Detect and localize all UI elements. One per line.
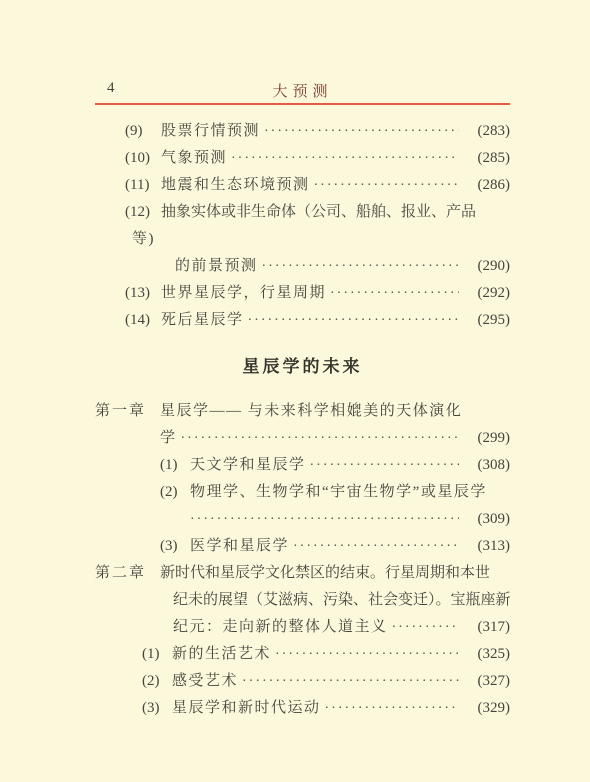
toc-entry-number: 第二章	[95, 560, 160, 587]
dot-leader: ········································…	[242, 668, 459, 695]
toc-entry-number: (2)	[160, 479, 190, 506]
toc-page-number: (313)	[464, 533, 510, 560]
book-title: 大预测	[95, 78, 510, 101]
dot-leader: ········································…	[310, 452, 459, 479]
running-header: 4 大预测	[95, 78, 510, 100]
toc-entry-title: 世界星辰学，行星周期	[161, 280, 326, 307]
toc-entry-title: 天文学和星辰学	[190, 452, 306, 479]
toc-entry-number: (14)	[125, 307, 161, 334]
book-page: 4 大预测 (9)股票行情预测·························…	[0, 0, 590, 782]
dot-leader: ········································…	[325, 695, 459, 722]
toc-page-number: (317)	[464, 614, 510, 641]
toc-entry-title: 气象预测	[161, 145, 227, 172]
toc-page-number: (329)	[464, 695, 510, 722]
dot-leader: ········································…	[293, 533, 459, 560]
toc-row: 等)	[95, 226, 510, 253]
toc-entry-number: (3)	[142, 695, 172, 722]
toc-row: (9)股票行情预测·······························…	[95, 118, 510, 145]
page-number: 4	[107, 80, 116, 97]
toc-page-number: (283)	[464, 118, 510, 145]
toc-row: (11)地震和生态环境预测···························…	[95, 172, 510, 199]
section-title: 星辰学的未来	[95, 352, 510, 382]
toc-entry-title: 抽象实体或非生命体（公司、船舶、报业、产品	[161, 199, 476, 226]
toc-page-number: (290)	[464, 253, 510, 280]
toc-entry-title: 地震和生态环境预测	[161, 172, 310, 199]
toc-page-number: (299)	[464, 425, 510, 452]
toc-row: (2)物理学、生物学和“宇宙生物学”或星辰学	[95, 479, 510, 506]
toc-entry-number: (10)	[125, 145, 161, 172]
toc-entry-title: 医学和星辰学	[190, 533, 289, 560]
toc-entry-number: 第一章	[95, 398, 160, 425]
toc-entry-title: 星辰学—— 与未来科学相媲美的天体演化	[160, 398, 462, 425]
toc-row: (12)抽象实体或非生命体（公司、船舶、报业、产品	[95, 199, 510, 226]
toc-row: (3)星辰学和新时代运动····························…	[95, 695, 510, 722]
toc-entry-number: (1)	[160, 452, 190, 479]
dot-leader: ········································…	[330, 280, 459, 307]
toc-entry-number: (2)	[142, 668, 172, 695]
toc-entry-title: 死后星辰学	[161, 307, 244, 334]
toc-page-number: (295)	[464, 307, 510, 334]
toc-entry-title: 感受艺术	[172, 668, 238, 695]
toc-page-number: (286)	[464, 172, 510, 199]
toc-entry-title: 学	[160, 425, 177, 452]
toc-row: 学·······································…	[95, 425, 510, 452]
toc-page-number: (325)	[464, 641, 510, 668]
toc-row: 第一章星辰学—— 与未来科学相媲美的天体演化	[95, 398, 510, 425]
toc-entry-title: 星辰学和新时代运动	[172, 695, 321, 722]
toc-entry-title: 等)	[132, 226, 155, 253]
toc-page-number: (308)	[464, 452, 510, 479]
toc-row: (14)死后星辰学·······························…	[95, 307, 510, 334]
toc-entry-title: 新的生活艺术	[172, 641, 271, 668]
header-rule	[95, 103, 510, 105]
toc-section-lower: 第一章星辰学—— 与未来科学相媲美的天体演化学·················…	[95, 398, 510, 722]
toc-entry-title: 物理学、生物学和“宇宙生物学”或星辰学	[190, 479, 487, 506]
toc-row: (3)医学和星辰学·······························…	[95, 533, 510, 560]
toc-row: (10)气象预测································…	[95, 145, 510, 172]
toc-page-number: (309)	[464, 506, 510, 533]
toc-page-number: (292)	[464, 280, 510, 307]
toc-entry-number: (13)	[125, 280, 161, 307]
toc-entry-title: 纪未的展望（艾滋病、污染、社会变迁）。宝瓶座新	[173, 587, 510, 614]
dot-leader: ········································…	[248, 307, 459, 334]
toc-entry-title: 纪元：走向新的整体人道主义	[173, 614, 388, 641]
toc-section-upper: (9)股票行情预测·······························…	[95, 118, 510, 334]
toc-entry-number: (3)	[160, 533, 190, 560]
toc-entry-number: (12)	[125, 199, 161, 226]
dot-leader: ········································…	[262, 253, 459, 280]
toc-entry-number: (11)	[125, 172, 161, 199]
toc-row: (1)天文学和星辰学······························…	[95, 452, 510, 479]
toc-page-number: (285)	[464, 145, 510, 172]
toc-entry-title: 的前景预测	[175, 253, 258, 280]
dot-leader: ········································…	[314, 172, 459, 199]
dot-leader: ········································…	[392, 614, 459, 641]
toc-row: (2)感受艺术·································…	[95, 668, 510, 695]
dot-leader: ········································…	[264, 118, 459, 145]
toc-entry-title: 股票行情预测	[161, 118, 260, 145]
toc-entry-number: (9)	[125, 118, 161, 145]
toc-page-number: (327)	[464, 668, 510, 695]
dot-leader: ········································…	[275, 641, 459, 668]
toc-entry-number: (1)	[142, 641, 172, 668]
toc-row: 纪元：走向新的整体人道主义···························…	[95, 614, 510, 641]
dot-leader: ········································…	[231, 145, 459, 172]
dot-leader: ········································…	[190, 506, 459, 533]
toc-row: 纪未的展望（艾滋病、污染、社会变迁）。宝瓶座新	[95, 587, 510, 614]
toc-row: 第二章新时代和星辰学文化禁区的结束。行星周期和本世	[95, 560, 510, 587]
dot-leader: ········································…	[181, 425, 459, 452]
toc-row: 的前景预测···································…	[95, 253, 510, 280]
toc-row: ········································…	[95, 506, 510, 533]
toc-entry-title: 新时代和星辰学文化禁区的结束。行星周期和本世	[160, 560, 490, 587]
toc-row: (13)世界星辰学，行星周期··························…	[95, 280, 510, 307]
toc-row: (1)新的生活艺术·······························…	[95, 641, 510, 668]
page-content: 4 大预测 (9)股票行情预测·························…	[95, 78, 510, 722]
